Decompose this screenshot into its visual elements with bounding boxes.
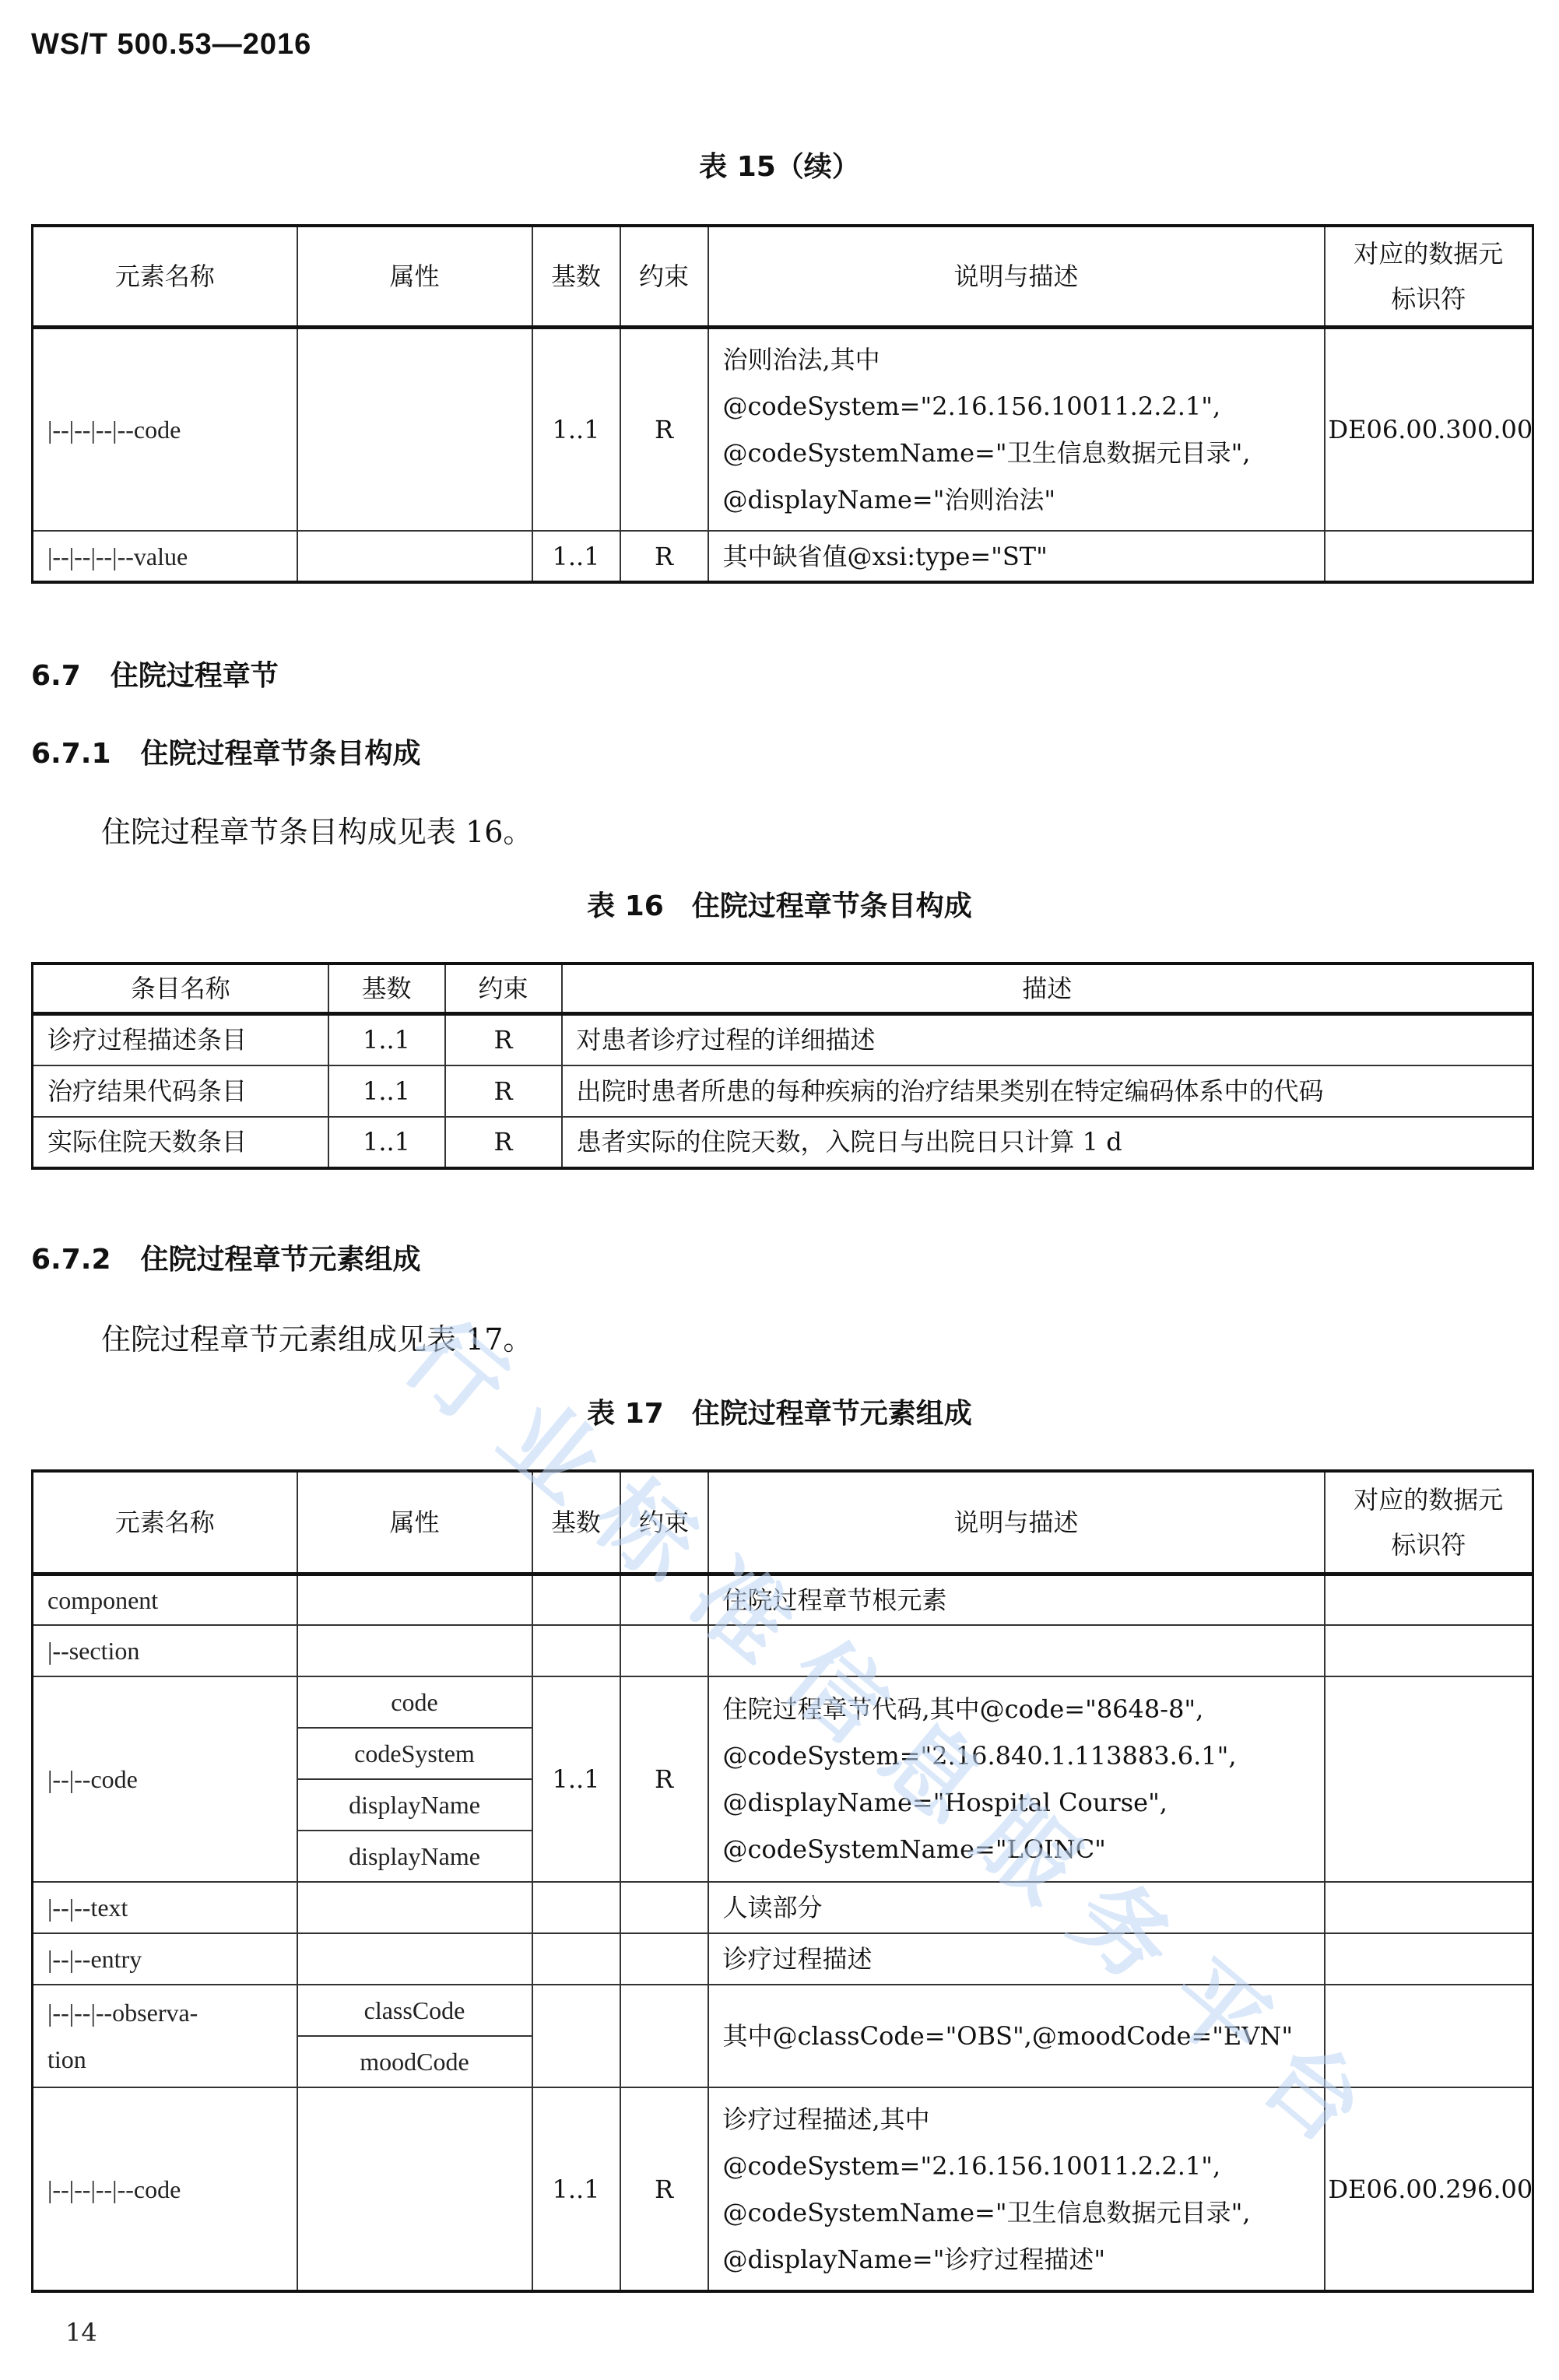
description: 诊疗过程描述 — [708, 1933, 1325, 1985]
entry-name: 实际住院天数条目 — [33, 1117, 328, 1168]
section-number: 6.7.1 — [31, 738, 111, 770]
col-header-data-element-id: 对应的数据元 标识符 — [1325, 1471, 1533, 1574]
data-element-id — [1325, 1933, 1533, 1985]
data-element-id — [1325, 1882, 1533, 1933]
description: 住院过程章节根元素 — [708, 1574, 1325, 1625]
table-row-component: component 住院过程章节根元素 — [33, 1574, 1533, 1625]
col-header-element-name: 元素名称 — [33, 1471, 297, 1574]
description — [708, 1625, 1325, 1676]
constraint: R — [445, 1117, 562, 1168]
attribute — [297, 2087, 532, 2291]
header-line: 标识符 — [1340, 1522, 1519, 1567]
data-element-id — [1325, 1985, 1533, 2087]
table-row-text: |--|--text 人读部分 — [33, 1882, 1533, 1933]
col-header-constraint: 约束 — [445, 964, 562, 1014]
constraint: R — [445, 1065, 562, 1117]
table-row: 实际住院天数条目 1..1 R 患者实际的住院天数，入院日与出院日只计算 1 d — [33, 1117, 1533, 1168]
desc-line: @codeSystem="2.16.840.1.113883.6.1", — [723, 1732, 1310, 1779]
data-element-id — [1325, 1625, 1533, 1676]
table15-caption: 表 15（续） — [0, 145, 1559, 184]
page-number: 14 — [65, 2318, 97, 2347]
section-title: 住院过程章节条目构成 — [141, 738, 421, 770]
desc-line: @codeSystemName="LOINC" — [723, 1826, 1310, 1873]
table16-caption: 表 16 住院过程章节条目构成 — [0, 884, 1559, 924]
data-element-id: DE06.00.300.00 — [1325, 327, 1533, 531]
element-name: |--section — [33, 1625, 297, 1676]
attribute: codeSystem — [297, 1728, 532, 1779]
cardinality: 1..1 — [328, 1014, 445, 1065]
desc-line: @codeSystem="2.16.156.10011.2.2.1", — [723, 2143, 1310, 2189]
cardinality: 1..1 — [328, 1117, 445, 1168]
element-name: |--|--text — [33, 1882, 297, 1933]
element-name: |--|--|--|--value — [33, 531, 297, 582]
col-header-constraint: 约束 — [620, 1471, 708, 1574]
col-header-description: 说明与描述 — [708, 1471, 1325, 1574]
table-row-observation: |--|--|--observa- tion classCode 其中@clas… — [33, 1985, 1533, 2036]
col-header-data-element-id: 对应的数据元 标识符 — [1325, 226, 1533, 327]
table-row-entry: |--|--entry 诊疗过程描述 — [33, 1933, 1533, 1985]
element-name: |--|--|--observa- tion — [33, 1985, 297, 2087]
header-line: 对应的数据元 — [1340, 1477, 1519, 1522]
col-header-attribute: 属性 — [297, 226, 532, 327]
col-header-cardinality: 基数 — [532, 226, 620, 327]
attribute: moodCode — [297, 2036, 532, 2087]
description: 其中缺省值@xsi:type="ST" — [708, 531, 1325, 582]
description: 其中@classCode="OBS",@moodCode="EVN" — [708, 1985, 1325, 2087]
col-header-entry-name: 条目名称 — [33, 964, 328, 1014]
desc-line: 诊疗过程描述,其中 — [723, 2096, 1310, 2143]
desc-line: @displayName="诊疗过程描述" — [723, 2236, 1310, 2283]
attribute — [297, 1574, 532, 1625]
data-element-id — [1325, 1676, 1533, 1882]
section-title: 住院过程章节元素组成 — [141, 1244, 421, 1276]
desc-line: @displayName="Hospital Course", — [723, 1779, 1310, 1826]
constraint: R — [620, 2087, 708, 2291]
paragraph: 住院过程章节条目构成见表 16。 — [101, 808, 532, 851]
col-header-description: 描述 — [562, 964, 1533, 1014]
cardinality — [532, 1985, 620, 2087]
col-header-constraint: 约束 — [620, 226, 708, 327]
cardinality: 1..1 — [532, 327, 620, 531]
constraint: R — [620, 327, 708, 531]
element-name: |--|--|--|--code — [33, 327, 297, 531]
description: 治则治法,其中 @codeSystem="2.16.156.10011.2.2.… — [708, 327, 1325, 531]
desc-line: 住院过程章节代码,其中@code="8648-8", — [723, 1686, 1310, 1732]
desc-line: @codeSystem="2.16.156.10011.2.2.1", — [723, 383, 1310, 430]
description: 人读部分 — [708, 1882, 1325, 1933]
cardinality — [532, 1882, 620, 1933]
cardinality: 1..1 — [532, 1676, 620, 1882]
table17: 元素名称 属性 基数 约束 说明与描述 对应的数据元 标识符 component… — [31, 1469, 1534, 2293]
section-number: 6.7 — [31, 660, 81, 692]
table-row: 治疗结果代码条目 1..1 R 出院时患者所患的每种疾病的治疗结果类别在特定编码… — [33, 1065, 1533, 1117]
cardinality — [532, 1625, 620, 1676]
attribute: code — [297, 1676, 532, 1728]
attribute — [297, 1882, 532, 1933]
table-row-section: |--section — [33, 1625, 1533, 1676]
col-header-cardinality: 基数 — [532, 1471, 620, 1574]
data-element-id — [1325, 1574, 1533, 1625]
col-header-attribute: 属性 — [297, 1471, 532, 1574]
description: 出院时患者所患的每种疾病的治疗结果类别在特定编码体系中的代码 — [562, 1065, 1533, 1117]
table-row: |--|--|--|--value 1..1 R 其中缺省值@xsi:type=… — [33, 531, 1533, 582]
cardinality — [532, 1933, 620, 1985]
attribute: displayName — [297, 1831, 532, 1882]
entry-name: 诊疗过程描述条目 — [33, 1014, 328, 1065]
table17-header-row: 元素名称 属性 基数 约束 说明与描述 对应的数据元 标识符 — [33, 1471, 1533, 1574]
table15-header-row: 元素名称 属性 基数 约束 说明与描述 对应的数据元 标识符 — [33, 226, 1533, 327]
table16: 条目名称 基数 约束 描述 诊疗过程描述条目 1..1 R 对患者诊疗过程的详细… — [31, 962, 1534, 1170]
desc-line: @displayName="治则治法" — [723, 476, 1310, 523]
table-row-code: |--|--code code 1..1 R 住院过程章节代码,其中@code=… — [33, 1676, 1533, 1728]
constraint — [620, 1933, 708, 1985]
element-name: |--|--entry — [33, 1933, 297, 1985]
constraint — [620, 1882, 708, 1933]
description: 诊疗过程描述,其中 @codeSystem="2.16.156.10011.2.… — [708, 2087, 1325, 2291]
desc-line: @codeSystemName="卫生信息数据元目录", — [723, 2189, 1310, 2236]
cardinality: 1..1 — [328, 1065, 445, 1117]
table-row-observation-code: |--|--|--|--code 1..1 R 诊疗过程描述,其中 @codeS… — [33, 2087, 1533, 2291]
constraint — [620, 1625, 708, 1676]
constraint — [620, 1574, 708, 1625]
constraint: R — [620, 531, 708, 582]
element-name: |--|--code — [33, 1676, 297, 1882]
constraint — [620, 1985, 708, 2087]
constraint: R — [445, 1014, 562, 1065]
standard-code: WS/T 500.53—2016 — [31, 28, 311, 61]
col-header-description: 说明与描述 — [708, 226, 1325, 327]
table17-caption: 表 17 住院过程章节元素组成 — [0, 1392, 1559, 1431]
header-line: 标识符 — [1340, 276, 1519, 321]
description: 住院过程章节代码,其中@code="8648-8", @codeSystem="… — [708, 1676, 1325, 1882]
section-title: 住院过程章节 — [111, 660, 279, 692]
section-number: 6.7.2 — [31, 1244, 111, 1276]
attribute: classCode — [297, 1985, 532, 2036]
description: 患者实际的住院天数，入院日与出院日只计算 1 d — [562, 1117, 1533, 1168]
table16-header-row: 条目名称 基数 约束 描述 — [33, 964, 1533, 1014]
paragraph: 住院过程章节元素组成见表 17。 — [101, 1315, 532, 1358]
cardinality: 1..1 — [532, 2087, 620, 2291]
table-row: |--|--|--|--code 1..1 R 治则治法,其中 @codeSys… — [33, 327, 1533, 531]
element-name: component — [33, 1574, 297, 1625]
section-heading-6-7-1: 6.7.1住院过程章节条目构成 — [31, 732, 421, 771]
constraint: R — [620, 1676, 708, 1882]
cardinality: 1..1 — [532, 531, 620, 582]
attribute — [297, 531, 532, 582]
header-line: 对应的数据元 — [1340, 231, 1519, 276]
data-element-id: DE06.00.296.00 — [1325, 2087, 1533, 2291]
attribute — [297, 1625, 532, 1676]
data-element-id — [1325, 531, 1533, 582]
section-heading-6-7: 6.7住院过程章节 — [31, 654, 279, 693]
col-header-cardinality: 基数 — [328, 964, 445, 1014]
desc-line: 治则治法,其中 — [723, 336, 1310, 383]
desc-line: @codeSystemName="卫生信息数据元目录", — [723, 430, 1310, 476]
col-header-element-name: 元素名称 — [33, 226, 297, 327]
entry-name: 治疗结果代码条目 — [33, 1065, 328, 1117]
table-row: 诊疗过程描述条目 1..1 R 对患者诊疗过程的详细描述 — [33, 1014, 1533, 1065]
table15: 元素名称 属性 基数 约束 说明与描述 对应的数据元 标识符 |--|--|--… — [31, 224, 1534, 584]
name-line: tion — [47, 2036, 283, 2083]
element-name: |--|--|--|--code — [33, 2087, 297, 2291]
attribute: displayName — [297, 1779, 532, 1831]
description: 对患者诊疗过程的详细描述 — [562, 1014, 1533, 1065]
cardinality — [532, 1574, 620, 1625]
attribute — [297, 327, 532, 531]
section-heading-6-7-2: 6.7.2住院过程章节元素组成 — [31, 1237, 421, 1277]
name-line: |--|--|--observa- — [47, 1989, 283, 2036]
attribute — [297, 1933, 532, 1985]
